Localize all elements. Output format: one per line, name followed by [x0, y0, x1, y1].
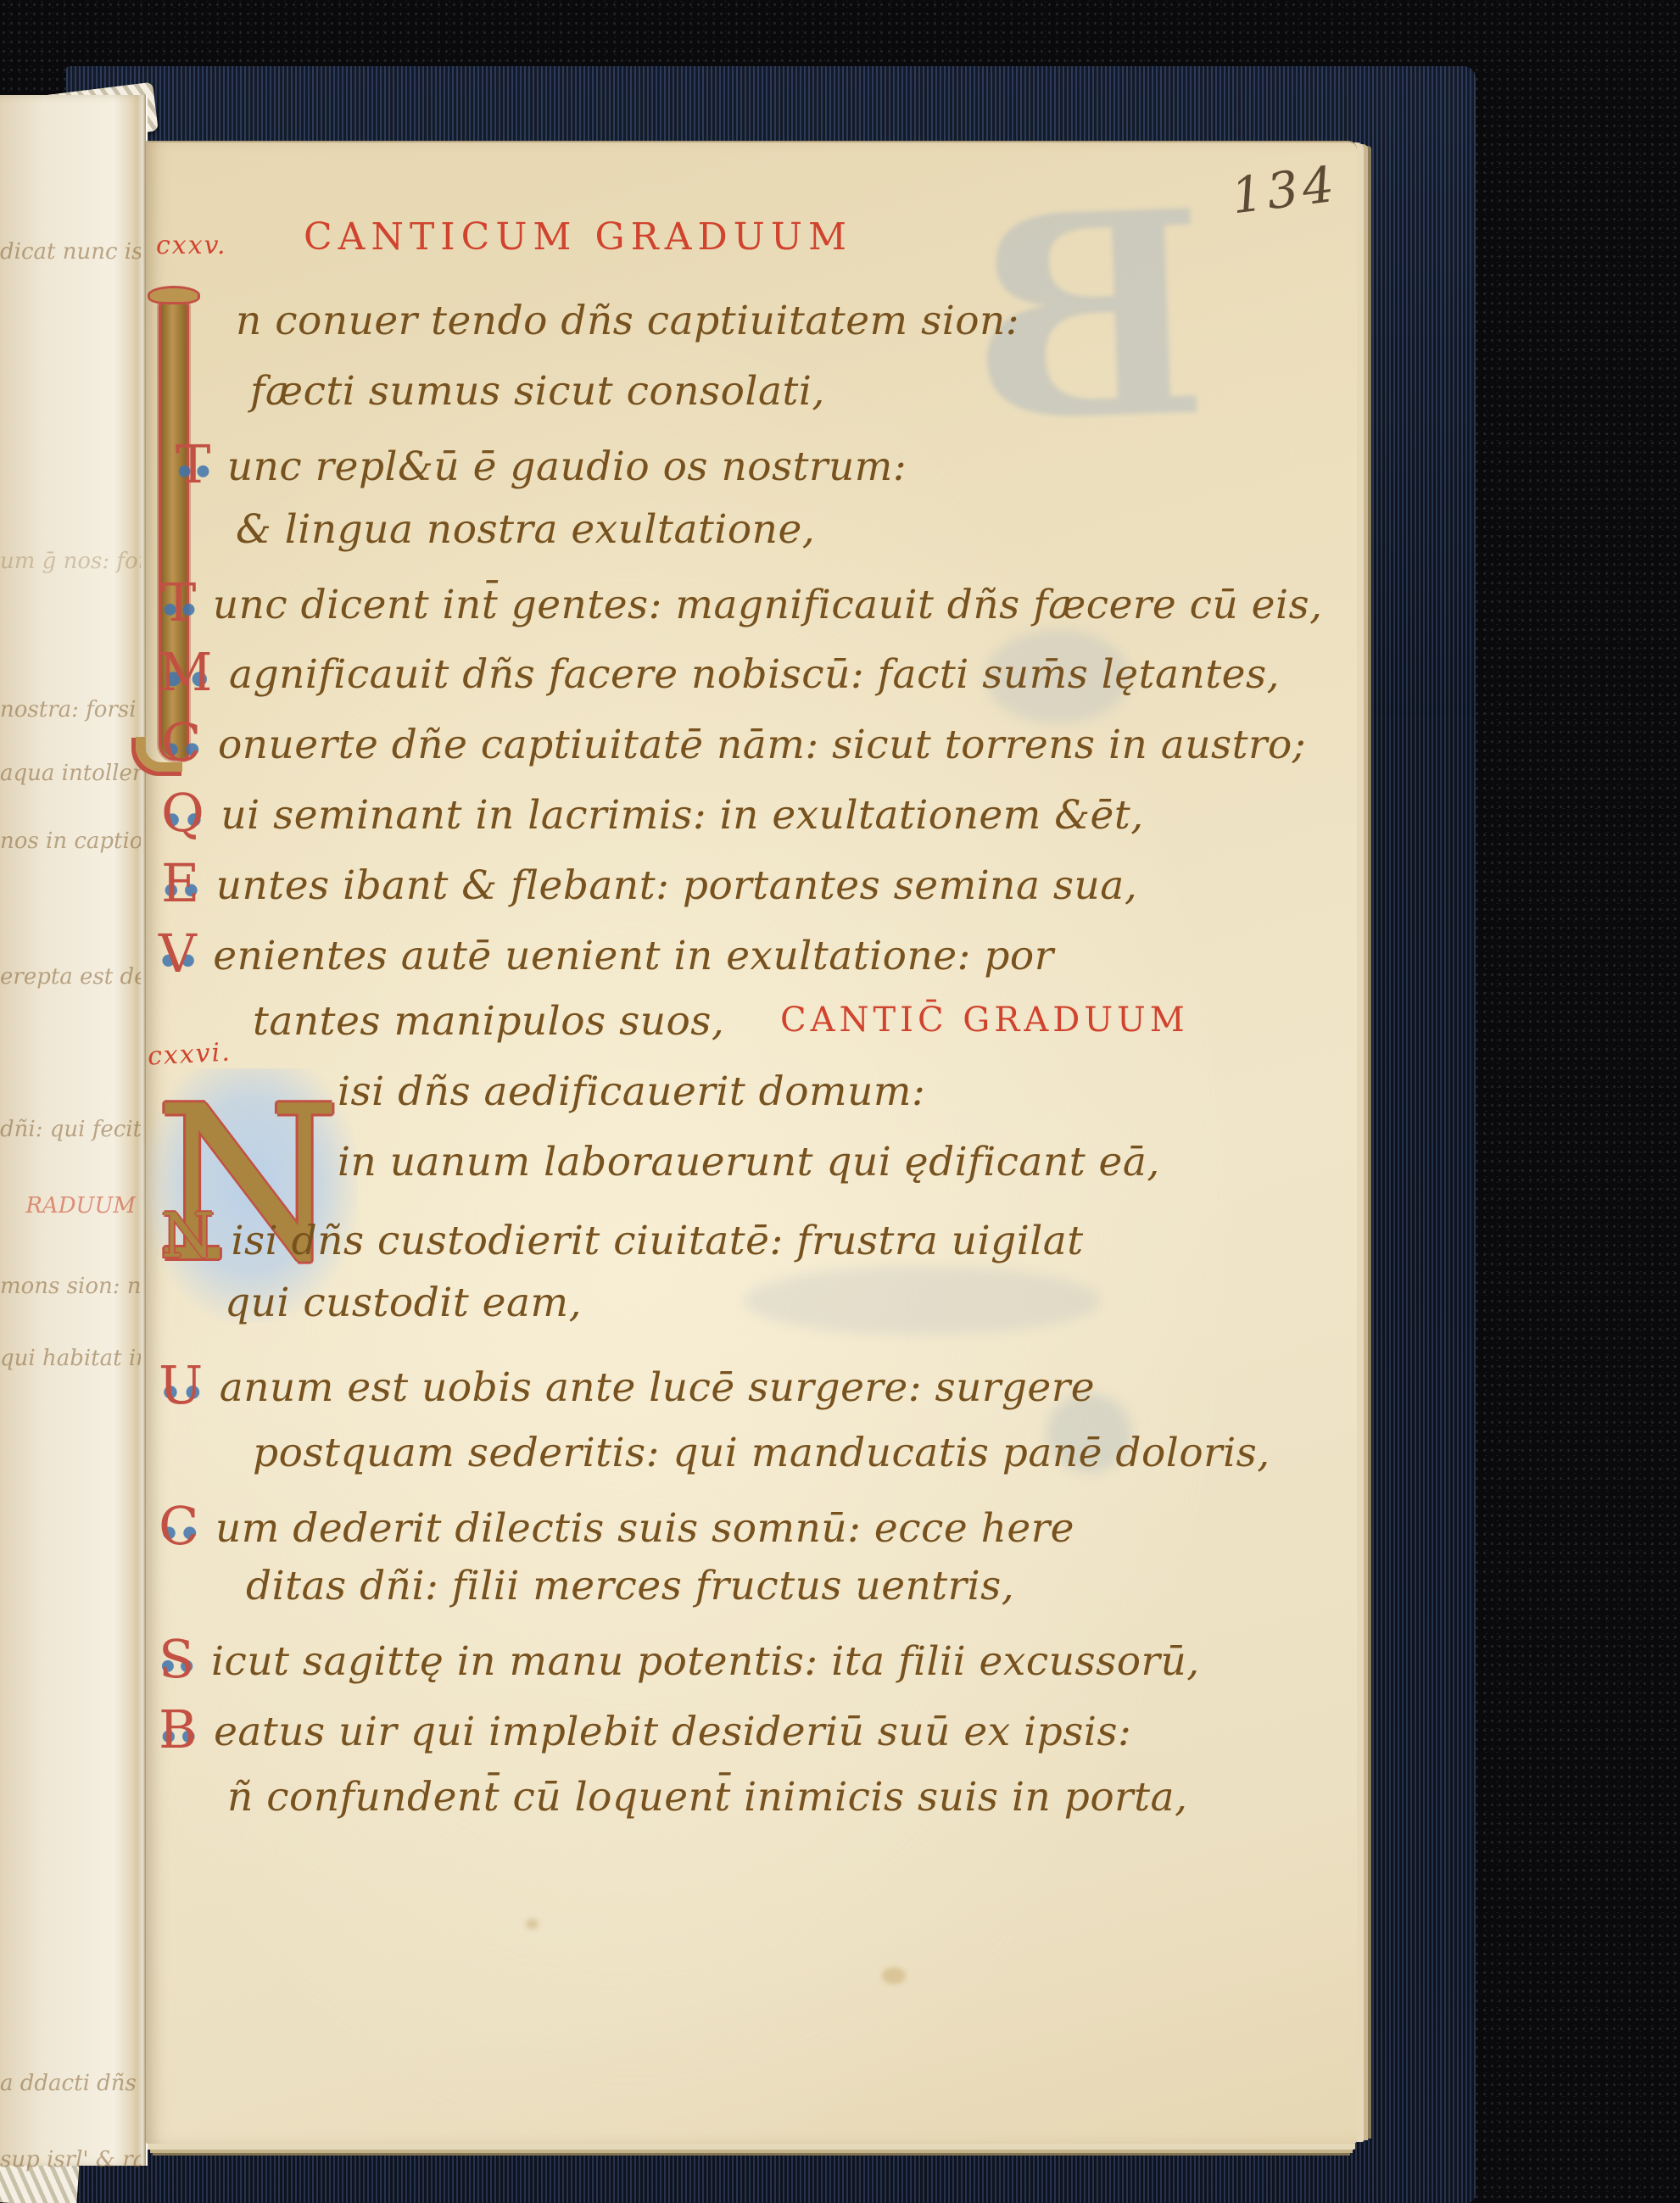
showthrough-fragment: aqua intollerabile — [0, 761, 141, 786]
showthrough-fragment: qui habitat in hierusalē — [0, 1346, 141, 1371]
verse-line: qui custodit eam, — [225, 1280, 582, 1327]
verse-text: ñ confundent̄ cū loquent̄ inimicis suis … — [227, 1774, 1187, 1821]
verse-line: Conuerte dñe captiuitatē nām: sicut torr… — [157, 717, 1306, 769]
showthrough-fragment: mons sion: non cō — [0, 1274, 141, 1299]
psalm-number-cxxv: cxxv. — [156, 231, 227, 260]
verse-line: postquam sederitis: qui manducatis panē … — [253, 1430, 1270, 1477]
showthrough-fragment: dicat nunc isrl' — [0, 239, 141, 265]
verse-text: isi dñs custodierit ciuitatē: frustra ui… — [232, 1218, 1084, 1264]
verse-line: in uanum laborauerunt qui ędificant eā, — [338, 1139, 1160, 1186]
verse-text: anum est uobis ante lucē surgere: surger… — [220, 1364, 1095, 1411]
verse-text: tantes manipulos suos, — [253, 998, 724, 1045]
rubric-canticum-graduum-1: CANTICUM GRADUUM — [304, 215, 852, 259]
verse-line: Beatus uir qui implebit desideriū suū ex… — [154, 1704, 1131, 1756]
verse-text: um dederit dilectis suis somnū: ecce her… — [215, 1505, 1074, 1552]
verse-line: ñ confundent̄ cū loquent̄ inimicis suis … — [227, 1774, 1187, 1821]
verse-text: ui seminant in lacrimis: in exultationem… — [220, 792, 1143, 839]
verse-line: tantes manipulos suos, — [253, 998, 724, 1046]
showthrough-rubric-fragment: RADUUM — [0, 1193, 141, 1219]
illuminated-initial: V — [154, 930, 201, 978]
verse-text: eatus uir qui implebit desideriū suū ex … — [214, 1709, 1131, 1755]
verse-line: Venientes autē uenient in exultatione: p… — [154, 928, 1054, 980]
verse-line: isi dñs aedificauerit domum: — [338, 1068, 925, 1116]
showthrough-fragment: erepta est de laqueo — [0, 964, 141, 990]
illuminated-initial: U — [154, 1362, 208, 1409]
verse-text: isi dñs aedificauerit domum: — [338, 1068, 925, 1115]
illuminated-initial: M — [154, 649, 217, 696]
illuminated-initial: Q — [157, 789, 209, 837]
parchment-stain — [526, 1919, 539, 1929]
verse-line: n conuer tendo dñs captiuitatem sion: — [236, 298, 1019, 345]
illuminated-initial: N — [157, 1212, 220, 1259]
showthrough-fragment: um ḡ nos: for sitan — [0, 549, 141, 574]
folio-number: 134 — [1228, 155, 1341, 226]
verse-line: Tunc dicent int̄ gentes: magnificauit dñ… — [157, 577, 1323, 629]
ink-bleedthrough-smudge — [745, 1267, 1101, 1335]
previous-folio-edge: dicat nunc isrl' um ḡ nos: for sitan nos… — [0, 95, 148, 2166]
verse-text: fæcti sumus sicut consolati, — [250, 368, 825, 415]
verse-text: postquam sederitis: qui manducatis panē … — [253, 1430, 1270, 1476]
illuminated-initial: T — [157, 579, 201, 627]
verse-line: Nisi dñs custodierit ciuitatē: frustra u… — [157, 1209, 1084, 1265]
manuscript-photo-scene: dicat nunc isrl' um ḡ nos: for sitan nos… — [0, 0, 1680, 2203]
verse-text: untes ibant & flebant: portantes semina … — [216, 862, 1138, 909]
illuminated-initial: T — [171, 441, 215, 488]
verse-text: qui custodit eam, — [225, 1280, 582, 1326]
showthrough-fragment: a ddacti dñs cū — [0, 2071, 141, 2096]
verse-text: in uanum laborauerunt qui ędificant eā, — [338, 1139, 1160, 1185]
verse-line: & lingua nostra exultatione, — [236, 506, 815, 554]
verse-line: ditas dñi: filii merces fructus uentris, — [246, 1563, 1014, 1610]
verse-text: & lingua nostra exultatione, — [236, 506, 815, 553]
illuminated-initial: C — [157, 719, 206, 767]
illuminated-initial: C — [154, 1503, 204, 1550]
verse-text: ditas dñi: filii merces fructus uentris, — [246, 1563, 1014, 1609]
illuminated-initial: S — [154, 1636, 199, 1683]
verse-line: Euntes ibant & flebant: portantes semina… — [157, 857, 1137, 910]
illuminated-initial-n: N — [154, 1058, 342, 1313]
verse-line: Cum dederit dilectis suis somnū: ecce he… — [154, 1500, 1074, 1553]
verse-line: Uanum est uobis ante lucē surgere: surge… — [154, 1359, 1095, 1412]
verse-text: unc repl&ū ē gaudio os nostrum: — [227, 443, 907, 490]
parchment-stain — [882, 1967, 906, 1984]
verse-text: agnificauit dñs facere nobiscū: facti su… — [229, 651, 1280, 698]
verse-line: Sicut sagittę in manu potentis: ita fili… — [154, 1633, 1200, 1686]
manuscript-page: 134 B cxxv. CANTICUM GRADUUM I n conuer … — [146, 141, 1357, 2144]
verse-text: enientes autē uenient in exultatione: po… — [213, 933, 1053, 979]
verse-text: onuerte dñe captiuitatē nām: sicut torre… — [218, 722, 1306, 768]
rubric-canticum-graduum-2: CANTIC̄ GRADUUM — [780, 1001, 1189, 1040]
verse-line: Qui seminant in lacrimis: in exultatione… — [157, 787, 1144, 839]
verse-line: Magnificauit dñs facere nobiscū: facti s… — [154, 646, 1280, 699]
showthrough-fragment: sup isrl' & rahel; — [0, 2147, 141, 2172]
verse-text: unc dicent int̄ gentes: magnificauit dñs… — [213, 582, 1323, 628]
illuminated-initial: E — [157, 860, 204, 907]
illuminated-initial: B — [154, 1706, 202, 1754]
showthrough-fragment: dñi: qui fecit cęlam — [0, 1117, 141, 1142]
showthrough-fragment: nostra: forsi — [0, 697, 141, 722]
verse-text: icut sagittę in manu potentis: ita filii… — [211, 1638, 1200, 1685]
verse-text: n conuer tendo dñs captiuitatem sion: — [236, 298, 1019, 344]
verse-line: Tunc repl&ū ē gaudio os nostrum: — [171, 438, 907, 491]
verse-line: fæcti sumus sicut consolati, — [250, 368, 825, 416]
showthrough-fragment: nos in captionem — [0, 828, 141, 854]
